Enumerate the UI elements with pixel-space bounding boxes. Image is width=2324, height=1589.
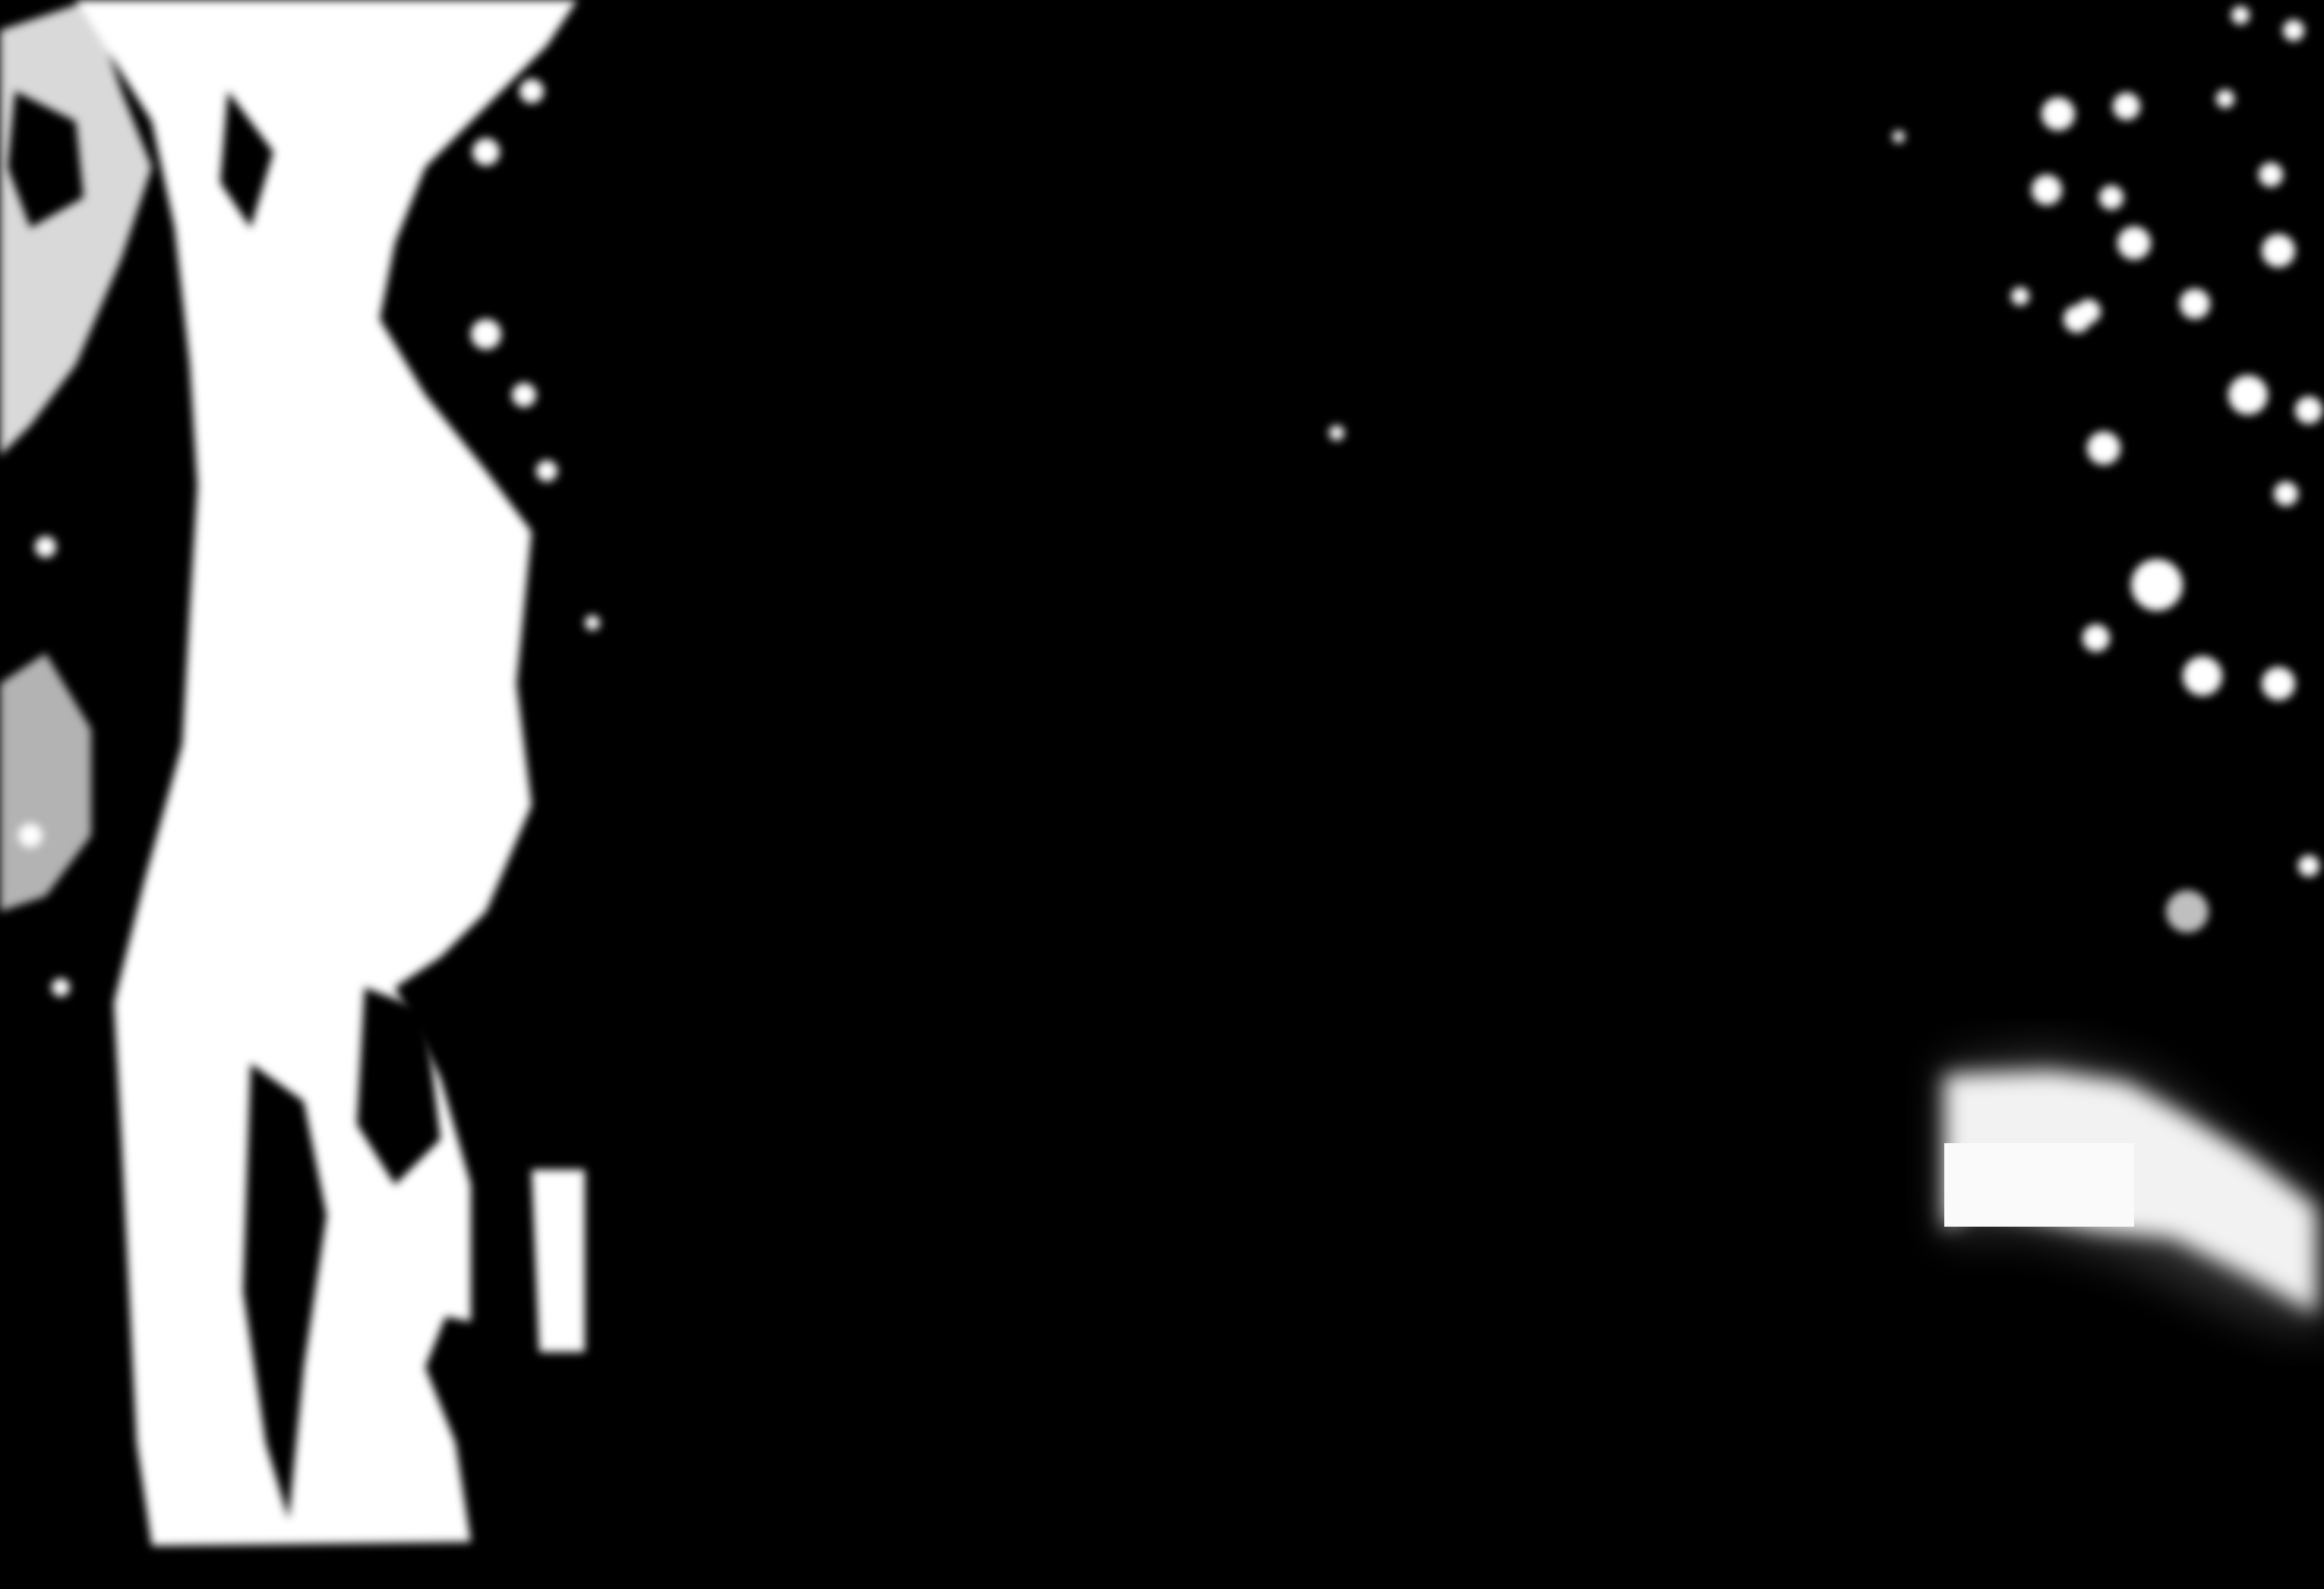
mask-image (0, 0, 2324, 1589)
cloud-mask-canvas (0, 0, 2324, 1589)
